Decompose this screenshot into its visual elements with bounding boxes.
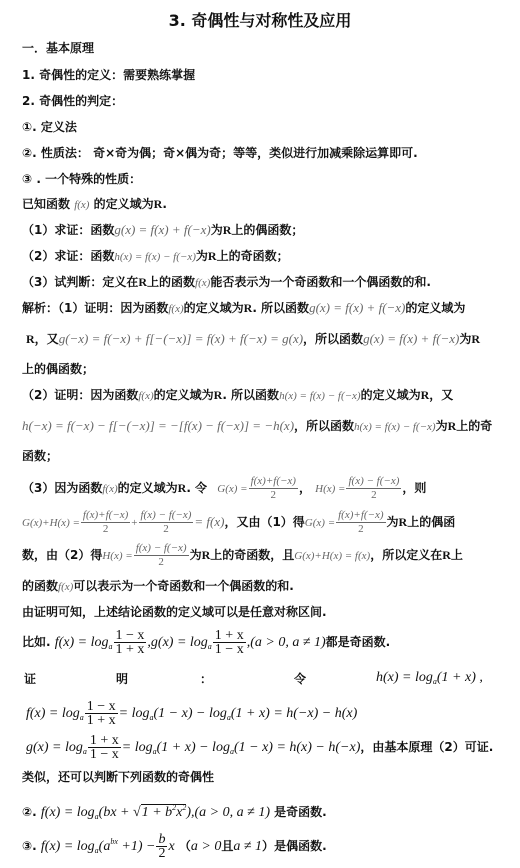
text: （2）求证：函数 bbox=[22, 249, 114, 263]
math-g-def: g(x) = f(x) + f(−x) bbox=[309, 300, 405, 315]
text: （2）证明：因为函数 bbox=[22, 388, 138, 402]
denominator: 1 − x bbox=[213, 643, 246, 656]
math-G-label: G(x) = bbox=[217, 483, 247, 495]
proof-eq-f: f(x) = loga1 − x1 + x= loga(1 − x) − log… bbox=[26, 697, 357, 734]
math-g-def: g(x) = f(x) + f(−x) bbox=[363, 331, 459, 346]
text: 上的奇函数； bbox=[217, 249, 289, 263]
denominator: 2 bbox=[134, 556, 189, 569]
math-R: R bbox=[399, 515, 408, 529]
math-cond: ,(a > 0, a ≠ 1) bbox=[247, 635, 326, 650]
text: 为 bbox=[436, 419, 448, 433]
sqrt-sign-icon: √ bbox=[133, 805, 141, 820]
log-base: a bbox=[83, 747, 87, 756]
denominator: 1 + x bbox=[85, 714, 118, 727]
text: 已知函数 bbox=[22, 197, 70, 211]
method-definition: ①. 定义法 bbox=[22, 119, 77, 135]
math-f-log: f(x) = log bbox=[26, 706, 80, 721]
text: ，所以函数 bbox=[303, 332, 363, 346]
math-h-neg: h(−x) = f(−x) − f[−(−x)] = −[f(x) − f(−x… bbox=[22, 418, 294, 433]
math-g-def: g(x) = f(x) + f(−x) bbox=[114, 222, 210, 237]
fraction-G: f(x)+f(−x)2 bbox=[249, 475, 298, 502]
solution-1-line2: R，又g(−x) = f(−x) + f[−(−x)] = f(x) + f(−… bbox=[26, 331, 480, 347]
example-3: ③. f(x) = loga(abx +1) −b2x （a > 0且a ≠ 1… bbox=[22, 826, 327, 867]
math-part: +1) − bbox=[118, 839, 156, 854]
text: 的定义域为 bbox=[118, 481, 178, 495]
math-eq-fx: = f(x) bbox=[194, 514, 224, 529]
solution-note: 由证明可知，上述结论函数的定义域可以是任意对称区间. bbox=[22, 604, 327, 620]
numerator: 1 − x bbox=[85, 700, 118, 714]
fraction-G: f(x)+f(−x)2 bbox=[81, 509, 130, 536]
math-R: R bbox=[208, 249, 217, 263]
page-title: 3. 奇偶性与对称性及应用 bbox=[0, 10, 520, 32]
similar-intro: 类似，还可以判断下列函数的奇偶性 bbox=[22, 769, 214, 785]
math-part: x bbox=[168, 839, 174, 854]
math-R: R bbox=[442, 548, 451, 562]
text: 的定义域为 bbox=[184, 301, 244, 315]
text: 的定义域为 bbox=[154, 388, 214, 402]
problem-q3: （3）试判断：定义在R上的函数f(x)能否表示为一个奇函数和一个偶函数的和. bbox=[22, 274, 431, 291]
math-f-log: f(x) = log bbox=[41, 839, 95, 854]
text: ，又 bbox=[429, 388, 453, 402]
text: ，由基本原理（2）可证. bbox=[360, 740, 493, 754]
log-base: a bbox=[109, 642, 113, 651]
fraction-H: f(x) − f(−x)2 bbox=[346, 475, 401, 502]
solution-3-line2: G(x)+H(x) =f(x)+f(−x)2+f(x) − f(−x)2= f(… bbox=[22, 508, 455, 537]
exponent: bx bbox=[110, 837, 118, 846]
numerator: 1 − x bbox=[114, 629, 147, 643]
denominator: 2 bbox=[156, 846, 167, 860]
denominator: 2 bbox=[81, 523, 130, 536]
math-part: (a bbox=[99, 839, 111, 854]
heading-basic-principles: 一．基本原理 bbox=[22, 40, 94, 56]
text: （ bbox=[179, 839, 191, 853]
numerator: f(x)+f(−x) bbox=[336, 509, 385, 523]
text: （3）试判断：定义在 bbox=[22, 275, 138, 289]
math-f-log: f(x) = log bbox=[41, 805, 95, 820]
text: ，所以定义在 bbox=[370, 548, 442, 562]
proof-word-1: 证 bbox=[24, 670, 36, 687]
problem-q2: （2）求证：函数h(x) = f(x) − f(−x)为R上的奇函数； bbox=[22, 248, 289, 265]
numerator: 1 + x bbox=[213, 629, 246, 643]
math-h-log: h(x) = log bbox=[376, 670, 433, 685]
fraction-H: f(x) − f(−x)2 bbox=[134, 542, 189, 569]
text: ，又由（1）得 bbox=[224, 515, 304, 529]
denominator: 2 bbox=[249, 489, 298, 502]
text: . 所以函数 bbox=[252, 301, 309, 315]
math-fx: f(x) bbox=[195, 277, 210, 289]
text: 可以表示为一个奇函数和一个偶函数的和. bbox=[73, 579, 294, 593]
log-base: a bbox=[80, 713, 84, 722]
method-property: ②. 性质法： 奇×奇为偶；奇×偶为奇；等等，类似进行加减乘除运算即可. bbox=[22, 145, 418, 161]
math-R: R bbox=[202, 548, 211, 562]
text: 是奇函数. bbox=[274, 805, 327, 819]
example-2: ②. f(x) = loga(bx + √1 + b2x2),(a > 0, a… bbox=[22, 800, 327, 825]
fraction-1px-1mx: 1 + x1 − x bbox=[213, 629, 246, 656]
math-R: R bbox=[471, 332, 480, 346]
log-base: a bbox=[208, 642, 212, 651]
numerator: f(x)+f(−x) bbox=[81, 509, 130, 523]
math-H-label: H(x) = bbox=[315, 483, 345, 495]
math-part: (1 − x) = h(x) − h(−x) bbox=[234, 740, 360, 755]
text: 上的奇 bbox=[456, 419, 492, 433]
proof-word-4: 令 bbox=[294, 670, 306, 687]
fraction-H: f(x) − f(−x)2 bbox=[139, 509, 194, 536]
text: （1）求证：函数 bbox=[22, 223, 114, 237]
text: . bbox=[162, 197, 167, 211]
example-intro: 比如. f(x) = loga1 − x1 + x,g(x) = loga1 +… bbox=[22, 626, 390, 663]
text: 数，由（2）得 bbox=[22, 548, 102, 562]
math-part: (1 − x) − log bbox=[154, 706, 227, 721]
math-H-label: H(x) = bbox=[102, 550, 132, 562]
item-definition: 1. 奇偶性的定义：需要熟练掌握 bbox=[22, 67, 195, 83]
text: 的定义域为 bbox=[94, 197, 154, 211]
math-R: R bbox=[214, 388, 223, 402]
math-g-log: g(x) = log bbox=[26, 740, 83, 755]
solution-3-line3: 数，由（2）得H(x) =f(x) − f(−x)2为R上的奇函数，且G(x)+… bbox=[22, 541, 463, 570]
numerator: f(x) − f(−x) bbox=[139, 509, 194, 523]
text: 为 bbox=[387, 515, 399, 529]
label: ③. bbox=[22, 839, 37, 853]
solution-2-line3: 函数； bbox=[22, 448, 58, 464]
math-h-arg: (1 + x) , bbox=[437, 670, 483, 685]
math-part: (1 + x) − log bbox=[157, 740, 230, 755]
proof-eq-g: g(x) = loga1 + x1 − x= loga(1 + x) − log… bbox=[26, 731, 493, 768]
math-R: R bbox=[244, 301, 253, 315]
text: 是偶函数. bbox=[274, 839, 327, 853]
math-eq: = log bbox=[122, 740, 153, 755]
fraction-1mx-1px: 1 − x1 + x bbox=[85, 700, 118, 727]
text: 且 bbox=[221, 839, 233, 853]
fraction-G: f(x)+f(−x)2 bbox=[336, 509, 385, 536]
fraction-1mx-1px: 1 − x1 + x bbox=[114, 629, 147, 656]
math-part: a > 0 bbox=[191, 839, 221, 854]
fraction-b-2: b2 bbox=[156, 833, 167, 860]
item-judgment: 2. 奇偶性的判定： bbox=[22, 93, 123, 109]
text: 为 bbox=[211, 223, 223, 237]
math-fx: f(x) bbox=[102, 483, 117, 495]
numerator: f(x) − f(−x) bbox=[134, 542, 189, 556]
problem-given: 已知函数 f(x) 的定义域为R. bbox=[22, 196, 167, 213]
text: ，所以函数 bbox=[294, 419, 354, 433]
denominator: 2 bbox=[139, 523, 194, 536]
math-fx: f(x) bbox=[168, 303, 183, 315]
text: 能否表示为一个奇函数和一个偶函数的和. bbox=[210, 275, 431, 289]
numerator: b bbox=[156, 833, 167, 846]
text: 为 bbox=[196, 249, 208, 263]
math-g-lhs: ,g(x) = log bbox=[147, 635, 207, 650]
text: 上的函数 bbox=[147, 275, 195, 289]
denominator: 2 bbox=[346, 489, 401, 502]
math-part: (1 + x) = h(−x) − h(x) bbox=[231, 706, 357, 721]
math-part: a ≠ 1 bbox=[233, 839, 262, 854]
text: ，又 bbox=[35, 332, 59, 346]
text: ，则 bbox=[402, 481, 426, 495]
text: 解析：（1）证明：因为函数 bbox=[22, 301, 168, 315]
problem-q1: （1）求证：函数g(x) = f(x) + f(−x)为R上的偶函数； bbox=[22, 222, 303, 238]
math-GH-eq: G(x)+H(x) = f(x) bbox=[294, 550, 370, 562]
text: 上的偶函 bbox=[407, 515, 455, 529]
math-fx: f(x) bbox=[74, 199, 89, 211]
text: 都是奇函数. bbox=[326, 635, 391, 649]
denominator: 1 − x bbox=[88, 748, 121, 761]
text: 上的偶函数； bbox=[231, 223, 303, 237]
math-eq: = log bbox=[119, 706, 150, 721]
text: （3）因为函数 bbox=[22, 481, 102, 495]
numerator: f(x) − f(−x) bbox=[346, 475, 401, 489]
sqrt-body: 1 + b2x2 bbox=[141, 804, 187, 820]
math-h-def: h(x) = f(x) − f(−x) bbox=[114, 251, 196, 263]
proof-word-2: 明 bbox=[116, 670, 128, 687]
denominator: 2 bbox=[336, 523, 385, 536]
solution-3-line4: 的函数f(x)可以表示为一个奇函数和一个偶函数的和. bbox=[22, 578, 294, 595]
text: 上 bbox=[451, 548, 463, 562]
text: 的函数 bbox=[22, 579, 58, 593]
math-GH-sum: G(x)+H(x) = bbox=[22, 517, 80, 529]
text: 比如. bbox=[22, 635, 51, 649]
proof-word-3: ： bbox=[200, 670, 212, 687]
denominator: 1 + x bbox=[114, 643, 147, 656]
text: 为 bbox=[459, 332, 471, 346]
math-part: 1 + b bbox=[142, 805, 172, 820]
text: 的定义域为 bbox=[361, 388, 421, 402]
math-R: R bbox=[421, 388, 430, 402]
solution-1-line1: 解析：（1）证明：因为函数f(x)的定义域为R. 所以函数g(x) = f(x)… bbox=[22, 300, 465, 317]
solution-2-line1: （2）证明：因为函数f(x)的定义域为R. 所以函数h(x) = f(x) − … bbox=[22, 387, 453, 404]
math-part: (bx + bbox=[99, 805, 133, 820]
numerator: 1 + x bbox=[88, 734, 121, 748]
label: ②. bbox=[22, 805, 37, 819]
plus: + bbox=[131, 517, 137, 529]
math-f-lhs: f(x) = log bbox=[55, 635, 109, 650]
method-special: ③ . 一个特殊的性质： bbox=[22, 171, 141, 187]
text: 为 bbox=[190, 548, 202, 562]
math-h-def: h(x) = f(x) − f(−x) bbox=[354, 421, 436, 433]
math-cond: ),(a > 0, a ≠ 1) bbox=[186, 805, 270, 820]
solution-1-line3: 上的偶函数； bbox=[22, 361, 94, 377]
math-R: R bbox=[26, 332, 35, 346]
math-fx: f(x) bbox=[138, 390, 153, 402]
text: . 所以函数 bbox=[222, 388, 279, 402]
math-G-label: G(x) = bbox=[305, 517, 335, 529]
solution-2-line2: h(−x) = f(−x) − f[−(−x)] = −[f(x) − f(−x… bbox=[22, 418, 492, 435]
text: . 令 bbox=[186, 481, 207, 495]
proof-h-def: h(x) = loga(1 + x) , bbox=[376, 669, 483, 690]
numerator: f(x)+f(−x) bbox=[249, 475, 298, 489]
fraction-1px-1mx: 1 + x1 − x bbox=[88, 734, 121, 761]
text: ） bbox=[262, 839, 274, 853]
text: 上的奇函数，且 bbox=[210, 548, 294, 562]
math-g-neg: g(−x) = f(−x) + f[−(−x)] = f(x) + f(−x) … bbox=[59, 331, 303, 346]
math-fx: f(x) bbox=[58, 581, 73, 593]
math-h-def: h(x) = f(x) − f(−x) bbox=[279, 390, 361, 402]
math-R: R bbox=[448, 419, 457, 433]
solution-3-line1: （3）因为函数f(x)的定义域为R. 令 G(x) =f(x)+f(−x)2， … bbox=[22, 474, 426, 503]
math-R: R bbox=[178, 481, 187, 495]
text: 的定义域为 bbox=[405, 301, 465, 315]
math-R: R bbox=[138, 275, 147, 289]
text: ， bbox=[299, 481, 311, 495]
